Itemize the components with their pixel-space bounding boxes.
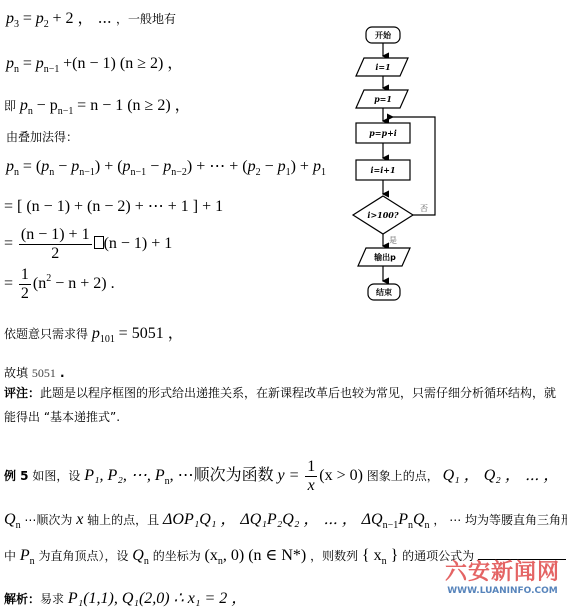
flowchart: 开始 i=1 p=1 p=p+i i=i+1 i>100? 否 是 输出p 结束 bbox=[340, 20, 460, 310]
flowchart-output: 输出p bbox=[362, 252, 408, 263]
comment-label: 评注： bbox=[4, 386, 40, 400]
sub: n bbox=[14, 167, 19, 178]
var: p bbox=[36, 10, 44, 27]
heading-summation: 由叠加法得： bbox=[6, 128, 78, 145]
text: 中 bbox=[4, 549, 16, 563]
expr: (n bbox=[33, 275, 46, 292]
text: , ⋯顺次为函数 bbox=[170, 467, 274, 484]
flowchart-yes-label: 是 bbox=[389, 235, 397, 246]
eq: = bbox=[23, 10, 32, 27]
triangles: ΔOP₁Q₁ ， ΔQ₁P₂Q₂ ， ⋯ ， bbox=[163, 511, 358, 528]
expr: ) + p bbox=[291, 158, 321, 175]
sub: n−1 bbox=[79, 167, 95, 178]
analysis-line: 解析：易求 P₁(1,1), Q₁(2,0) ∴ x₁ = 2 ， bbox=[4, 585, 247, 608]
sub: 1 bbox=[321, 167, 326, 178]
sequence: { x bbox=[362, 547, 382, 564]
flowchart-update-p: p=p+i bbox=[356, 128, 410, 138]
tail: = n − 1 (n ≥ 2) ， bbox=[77, 97, 191, 114]
function-lhs: y = bbox=[278, 467, 300, 484]
flowchart-init-i: i=1 bbox=[360, 62, 406, 72]
text: 如图，设 bbox=[32, 469, 80, 483]
expr: ) + ⋯ + (p bbox=[187, 158, 256, 175]
fraction: 1 2 bbox=[19, 266, 31, 303]
var: Q bbox=[413, 511, 425, 528]
watermark-cn: 六安新闻网 bbox=[440, 560, 565, 586]
sub: 2 bbox=[44, 19, 49, 30]
var: p bbox=[36, 55, 44, 72]
eq: = bbox=[4, 275, 13, 292]
flowchart-init-p: p=1 bbox=[360, 94, 406, 104]
example-label: 例 5 bbox=[4, 469, 29, 483]
equation-gauss: = (n − 1) + 1 2 (n − 1) + 1 bbox=[4, 226, 172, 263]
coord: (x bbox=[205, 547, 218, 564]
expr: − p bbox=[261, 158, 286, 175]
numerator: (n − 1) + 1 bbox=[19, 226, 92, 245]
sub: n bbox=[144, 556, 149, 567]
expr: P₁(1,1), Q₁(2,0) ∴ x₁ = 2 ， bbox=[68, 590, 247, 607]
coord: , 0) (n ∈ N*) bbox=[223, 547, 306, 564]
eq: = bbox=[4, 235, 13, 252]
text: 依题意只需求得 bbox=[4, 327, 88, 341]
triangle: ΔQ bbox=[362, 511, 383, 528]
sub: n−1 bbox=[131, 167, 147, 178]
denominator: x bbox=[305, 477, 317, 495]
answer-line: 故填 5051 . bbox=[4, 364, 65, 381]
comment-line-2: 能得出 “基本递推式”. bbox=[4, 408, 120, 425]
var: Q bbox=[4, 511, 16, 528]
points: P₁, P₂, ⋯, P bbox=[84, 467, 164, 484]
var: Q bbox=[132, 547, 144, 564]
sub: n bbox=[16, 520, 21, 531]
sequence: } bbox=[387, 547, 399, 564]
text: ，则数列 bbox=[310, 549, 358, 563]
expr: ) + (p bbox=[95, 158, 131, 175]
var: p bbox=[20, 97, 28, 114]
tail: (n − 1) + 1 bbox=[104, 235, 173, 252]
sub: n bbox=[14, 64, 19, 75]
sub: n bbox=[28, 106, 33, 117]
text: 故填 bbox=[4, 366, 28, 380]
expr: = (p bbox=[23, 158, 49, 175]
sub: n bbox=[30, 556, 35, 567]
equation-p3: p3 = p2 + 2 ， ⋯ ，一般地有 bbox=[6, 5, 176, 30]
numerator: 1 bbox=[305, 458, 317, 477]
sub: n−1 bbox=[44, 64, 60, 75]
equation-pn-recurrence: pn = pn−1 +(n − 1) (n ≥ 2) ， bbox=[6, 50, 183, 75]
expr: − p bbox=[37, 97, 58, 114]
period: . bbox=[56, 366, 65, 380]
sub: n−1 bbox=[383, 520, 399, 531]
text: 即 bbox=[4, 99, 16, 113]
expr: − n + 2) . bbox=[51, 275, 114, 292]
equation-difference: 即 pn − pn−1 = n − 1 (n ≥ 2) ， bbox=[4, 92, 191, 117]
numerator: 1 bbox=[19, 266, 31, 285]
denominator: 2 bbox=[19, 285, 31, 303]
var: p bbox=[6, 55, 14, 72]
text: ，一般地有 bbox=[116, 12, 176, 26]
sub: n bbox=[425, 520, 430, 531]
answer-blank bbox=[478, 547, 566, 560]
flowchart-update-i: i=i+1 bbox=[356, 165, 410, 175]
eq: = bbox=[23, 55, 32, 72]
equation-telescoping: pn = (pn − pn−1) + (pn−1 − pn−2) + ⋯ + (… bbox=[6, 156, 326, 178]
equation-closed-form: = 1 2 (n2 − n + 2) . bbox=[4, 266, 115, 303]
sub: 101 bbox=[100, 334, 115, 345]
comment-line-1: 评注：此题是以程序框图的形式给出递推关系，在新课程改革后也较为常见，只需仔细分析… bbox=[4, 384, 556, 401]
tail: +(n − 1) (n ≥ 2) ， bbox=[63, 55, 183, 72]
flowchart-start: 开始 bbox=[366, 30, 400, 41]
tail: + 2 ， ⋯ bbox=[53, 10, 116, 27]
text: ， ⋯ 均为等腰直角三角形（其 bbox=[433, 513, 567, 527]
text: 图象上的点， bbox=[367, 469, 439, 483]
var: p bbox=[6, 158, 14, 175]
points-q: Q₁ ， Q₂ ， ⋯ ， bbox=[443, 467, 560, 484]
site-watermark: 六安新闻网 WWW.LUANINFO.COM bbox=[440, 560, 565, 596]
equation-sum: = [ (n − 1) + (n − 2) + ⋯ + 1 ] + 1 bbox=[4, 196, 223, 216]
flowchart-no-label: 否 bbox=[420, 203, 428, 214]
var: p bbox=[6, 10, 14, 27]
domain: (x > 0) bbox=[319, 467, 363, 484]
text: 轴上的点，且 bbox=[87, 513, 159, 527]
watermark-url: WWW.LUANINFO.COM bbox=[440, 586, 565, 596]
var: x bbox=[76, 511, 83, 528]
text: ⋯顺次为 bbox=[24, 513, 72, 527]
var: P bbox=[398, 511, 408, 528]
text: 的坐标为 bbox=[153, 549, 201, 563]
result-p101: 依题意只需求得 p101 = 5051 ， bbox=[4, 320, 184, 345]
text: 为直角顶点），设 bbox=[38, 549, 128, 563]
var: p bbox=[92, 325, 100, 342]
sub: n−1 bbox=[58, 106, 74, 117]
missing-glyph-box bbox=[94, 236, 104, 249]
fraction: (n − 1) + 1 2 bbox=[19, 226, 92, 263]
flowchart-end: 结束 bbox=[368, 287, 400, 298]
denominator: 2 bbox=[19, 245, 92, 263]
flowchart-condition: i>100? bbox=[358, 210, 408, 220]
answer-value: 5051 bbox=[32, 366, 56, 380]
analysis-label: 解析： bbox=[4, 592, 40, 606]
fraction: 1 x bbox=[305, 458, 317, 495]
example5-line-1: 例 5 如图，设 P₁, P₂, ⋯, Pn, ⋯顺次为函数 y = 1 x (… bbox=[4, 458, 559, 495]
text: 易求 bbox=[40, 592, 64, 606]
sub: 3 bbox=[14, 19, 19, 30]
sub: n−2 bbox=[171, 167, 187, 178]
expr: − p bbox=[146, 158, 171, 175]
value: = 5051 ， bbox=[119, 325, 184, 342]
example5-line-2: Qn ⋯顺次为 x 轴上的点，且 ΔOP₁Q₁ ， ΔQ₁P₂Q₂ ， ⋯ ， … bbox=[4, 506, 567, 531]
comment-text: 此题是以程序框图的形式给出递推关系，在新课程改革后也较为常见，只需仔细分析循环结… bbox=[40, 386, 556, 400]
var: P bbox=[20, 547, 30, 564]
expr: − p bbox=[54, 158, 79, 175]
